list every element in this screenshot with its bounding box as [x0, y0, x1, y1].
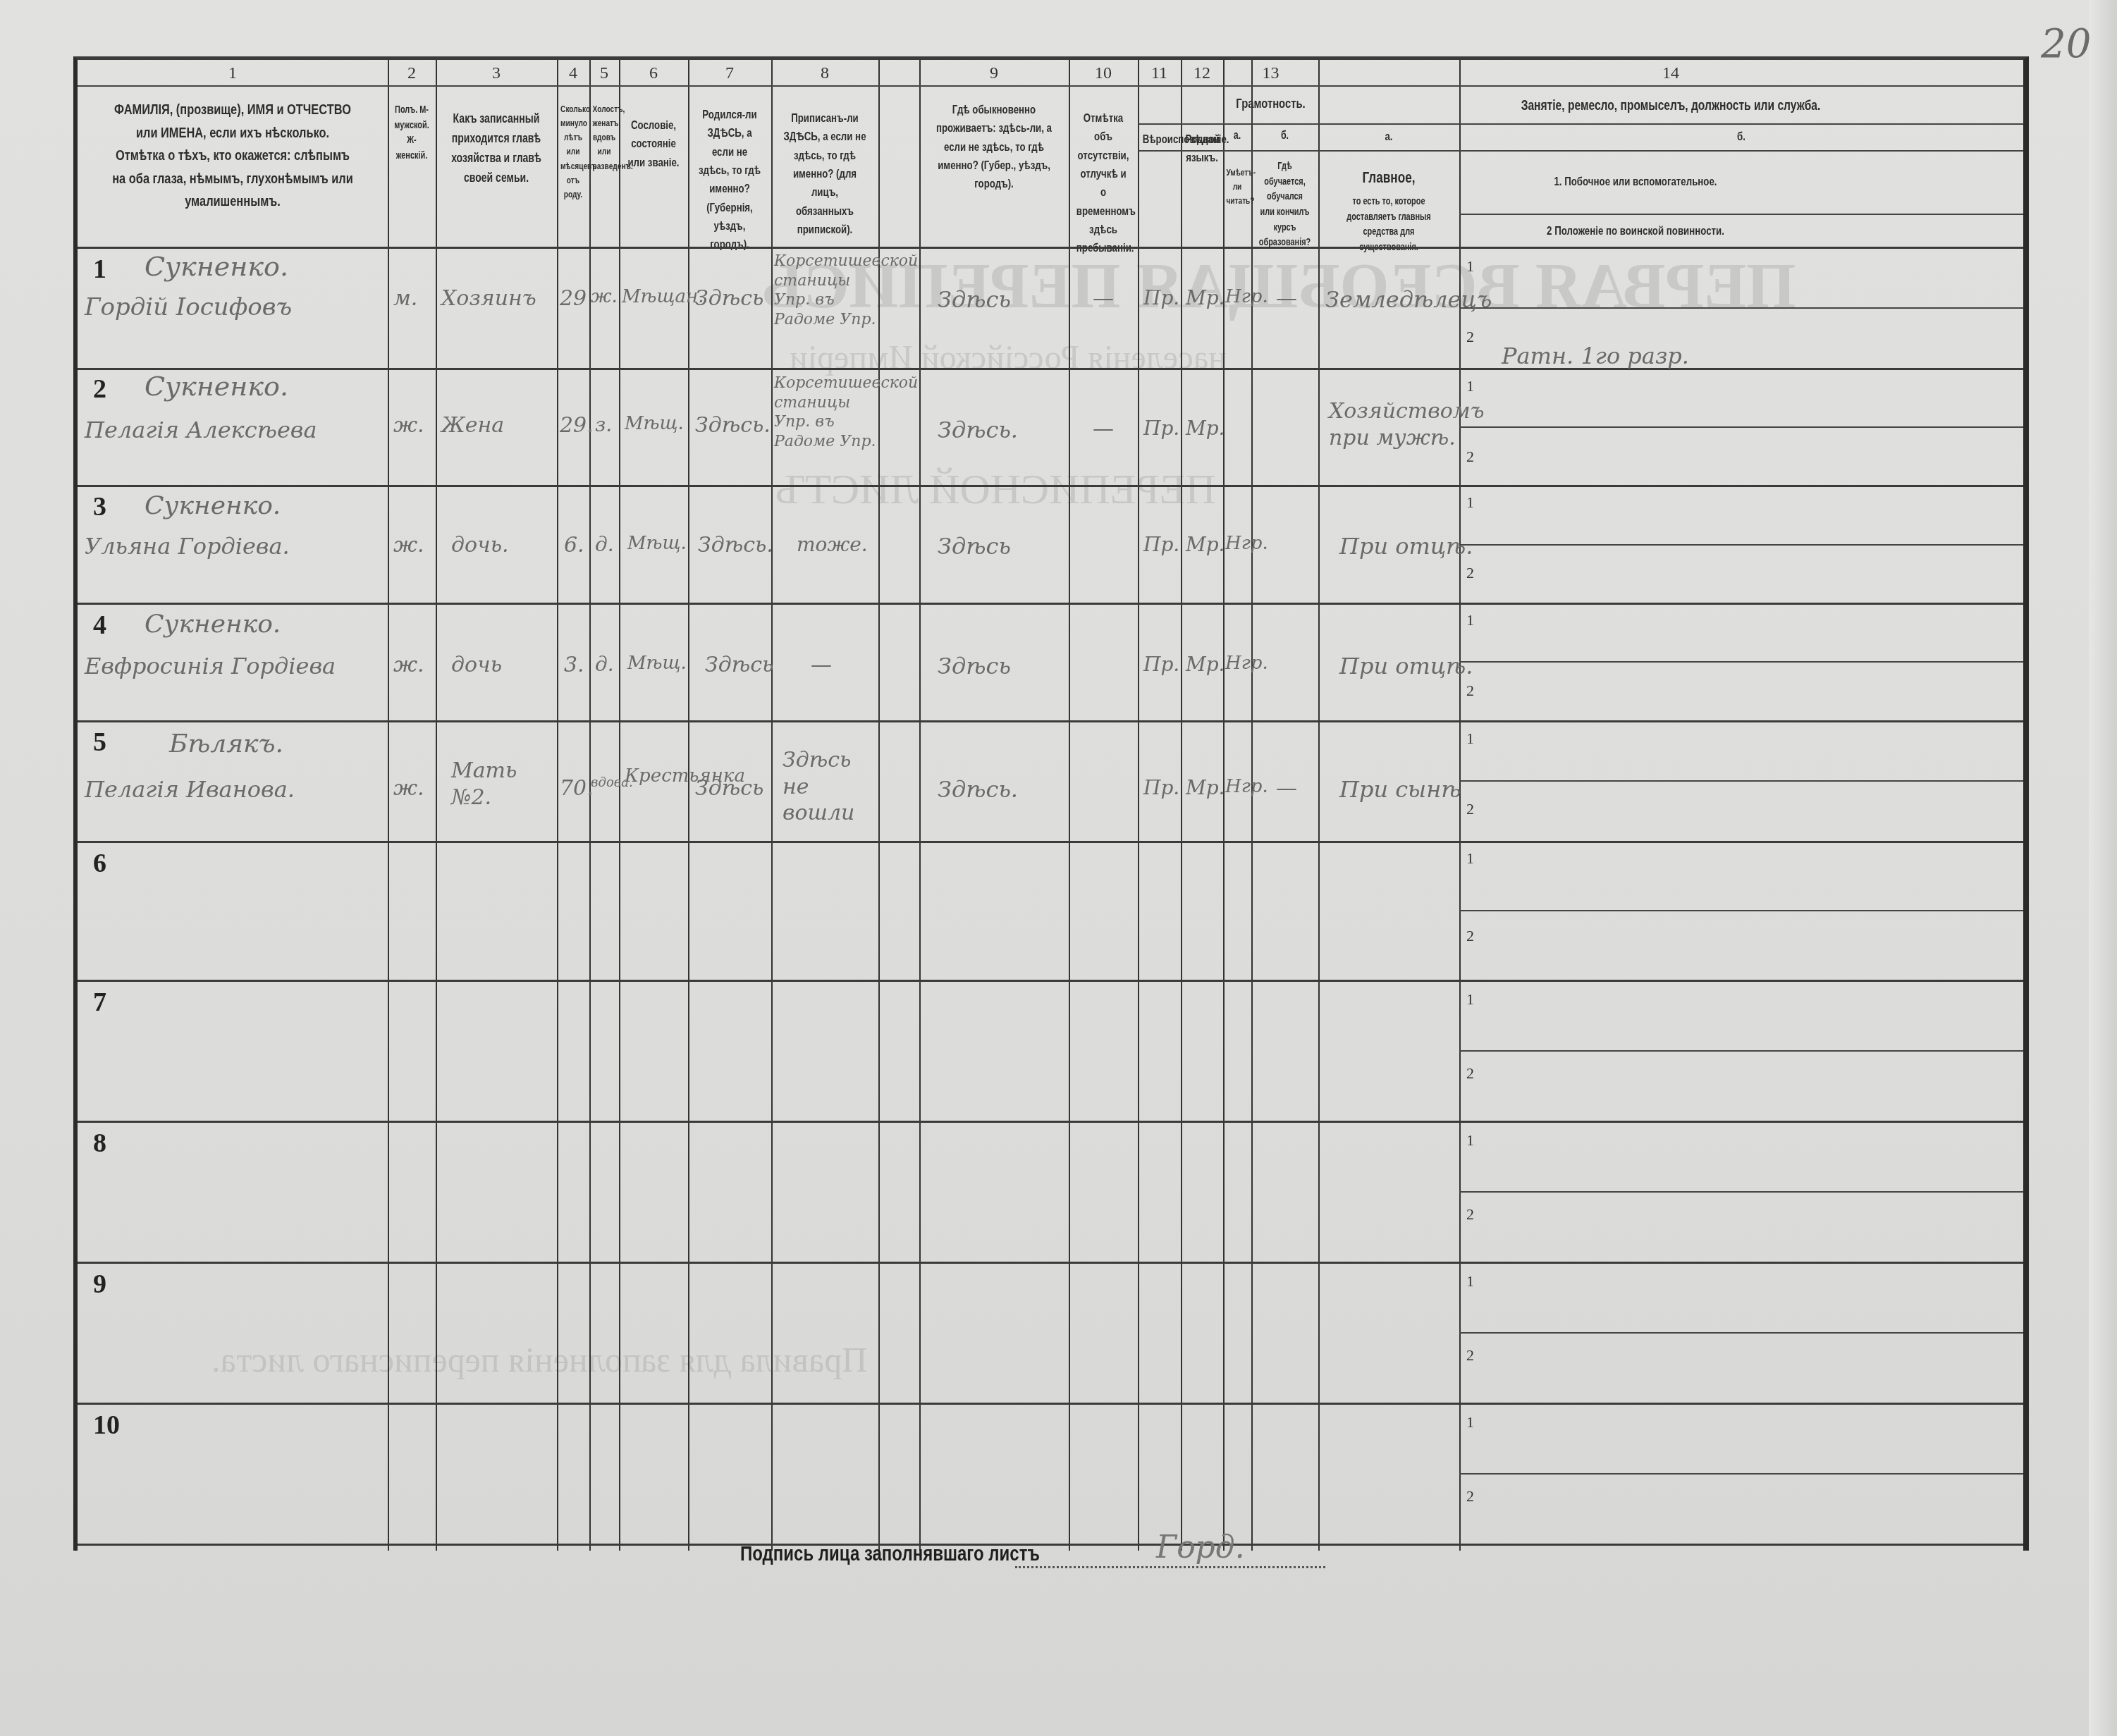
entry-estate: Мѣщан. — [622, 285, 704, 309]
entry-born: Здѣсь — [695, 775, 763, 802]
entry-religion: Пр. — [1143, 775, 1179, 800]
entry-residence: Здѣсь — [938, 285, 1011, 314]
row-divider — [78, 1544, 2023, 1546]
subrow-label: 1 — [1466, 1272, 1474, 1291]
col-divider — [1069, 60, 1070, 1551]
entry-born: Здѣсь — [705, 652, 773, 679]
subrow-label: 2 — [1466, 1487, 1474, 1506]
col-number: 8 — [771, 64, 878, 83]
subrow-label: 2 — [1466, 682, 1474, 700]
entry-name: Евфросинія Гордіева — [85, 652, 381, 680]
entry-occupation-main: Земледѣлецъ — [1325, 285, 1492, 314]
signature: Горд. — [1156, 1529, 1245, 1565]
col-divider — [1459, 60, 1461, 1551]
header-residence: Гдѣ обыкновенно проживаетъ: здѣсь-ли, а … — [935, 101, 1052, 194]
row-number: 3 — [93, 491, 106, 522]
page-number: 20 — [2041, 21, 2091, 67]
subrow-label: 1 — [1466, 257, 1474, 276]
row-number: 9 — [93, 1269, 106, 1300]
subrow-label: 2 — [1466, 927, 1474, 945]
subrow-label: 2 — [1466, 1064, 1474, 1083]
col-number: 10 — [1069, 64, 1138, 83]
subrow-label: 1 — [1466, 730, 1474, 748]
subrow-divider — [1459, 1191, 2023, 1193]
entry-sex: ж. — [393, 775, 424, 802]
row-divider — [78, 841, 2023, 843]
entry-estate: Крестьянка — [625, 765, 687, 788]
subrow-label: 1 — [1466, 611, 1474, 629]
header-literacy-a-label: а. — [1226, 128, 1248, 145]
literacy-subheader-divider — [1139, 123, 1251, 125]
entry-marital: ж. — [591, 285, 618, 309]
col-divider — [1223, 60, 1225, 1551]
row-divider — [78, 368, 2023, 370]
row-number: 6 — [93, 848, 106, 879]
header-education: Гдѣ обучается, обучался или кончилъ курс… — [1258, 159, 1311, 250]
header-occupation-side: 1. Побочное или вспомогательное. — [1498, 173, 1773, 191]
entry-relation: Хозяинъ — [441, 285, 536, 312]
header-absence: Отмѣтка объ отсутствіи, отлучкѣ и о врем… — [1076, 109, 1130, 258]
entry-sex: м. — [393, 285, 417, 312]
paper-edge — [2089, 0, 2117, 1736]
entry-language: Мр. — [1186, 285, 1225, 310]
entry-name: Гордій Іосифовъ — [85, 293, 292, 323]
subrow-label: 1 — [1466, 1131, 1474, 1150]
col-divider — [619, 60, 620, 1551]
row-divider — [78, 247, 2023, 249]
col-number: 1 — [78, 64, 388, 83]
occupation-b-divider — [1459, 214, 2023, 215]
col-divider — [436, 60, 437, 1551]
entry-estate: Мѣщ. — [627, 532, 687, 555]
header-occupation: Занятіе, ремесло, промыселъ, должность и… — [1396, 95, 1946, 117]
row-divider — [78, 485, 2023, 487]
entry-religion: Пр. — [1143, 532, 1179, 557]
subrow-divider — [1459, 426, 2023, 428]
entry-relation: дочь. — [451, 532, 509, 559]
col-divider — [1138, 60, 1139, 1551]
col-number: 6 — [619, 64, 688, 83]
entry-name: Пелагія Алексѣева — [85, 416, 317, 444]
entry-surname: Бѣлякъ. — [169, 728, 283, 760]
entry-surname: Сукненко. — [145, 250, 288, 284]
col-number: 12 — [1181, 64, 1223, 83]
entry-marital: д. — [595, 532, 614, 557]
header-sex: Полъ. М-мужской. Ж-женскій. — [393, 102, 430, 164]
header-literacy-b-label: б. — [1258, 128, 1311, 145]
header-relation: Какъ записанный приходится главѣ хозяйст… — [449, 109, 544, 188]
subrow-divider — [1459, 307, 2023, 309]
entry-literate: Нгр. — [1225, 652, 1268, 675]
entry-age: 70. — [560, 775, 594, 802]
subrow-divider — [1459, 1050, 2023, 1052]
subrow-label: 2 — [1466, 564, 1474, 582]
entry-occupation-main: Хозяйствомъ при мужѣ. — [1329, 398, 1463, 451]
subrow-label: 2 — [1466, 1346, 1474, 1365]
entry-language: Мр. — [1186, 416, 1225, 441]
entry-marital: з. — [595, 412, 612, 437]
col-divider — [878, 60, 880, 1551]
header-can-read: Умѣетъ-ли читать? — [1226, 166, 1248, 208]
subrow-label: 1 — [1466, 493, 1474, 512]
entry-literate: Нгр. — [1225, 775, 1268, 799]
entry-registered: тоже. — [797, 532, 868, 557]
entry-estate: Мѣщ. — [625, 412, 684, 436]
header-age: Сколько минуло лѣтъ или мѣсяцевъ отъ род… — [560, 102, 586, 202]
entry-age: 29 — [560, 285, 587, 312]
entry-name: Ульяна Гордіева. — [85, 532, 290, 560]
row-divider — [78, 980, 2023, 982]
col-divider — [688, 60, 689, 1551]
subrow-divider — [1459, 780, 2023, 782]
census-form-table: 1 2 3 4 5 6 7 8 9 10 11 12 13 14 ФАМИЛІЯ… — [73, 56, 2029, 1551]
header-military: 2 Положеніе по воинской повинности. — [1498, 222, 1773, 240]
entry-religion: Пр. — [1143, 652, 1179, 677]
subrow-label: 1 — [1466, 377, 1474, 395]
subrow-divider — [1459, 661, 2023, 663]
col-number: 9 — [919, 64, 1069, 83]
entry-age: 6. — [564, 532, 584, 559]
entry-registered: Корсетишевской станицы Упр. въ Радоме Уп… — [774, 374, 878, 451]
row-number: 10 — [93, 1410, 120, 1441]
subrow-label: 2 — [1466, 800, 1474, 818]
signature-label: Подпись лица заполнявшаго листъ — [740, 1542, 1040, 1566]
entry-literate: Нгр. — [1225, 532, 1268, 555]
entry-occupation-main: При отцѣ. — [1339, 652, 1473, 680]
entry-language: Мр. — [1186, 652, 1225, 677]
occupation-subheader-divider — [1252, 123, 2023, 125]
entry-education: — — [1276, 775, 1297, 802]
entry-surname: Сукненко. — [145, 490, 281, 522]
row-divider — [78, 1403, 2023, 1405]
col-number: 13 — [1223, 64, 1318, 83]
header-occupation-main: Главное, — [1334, 166, 1444, 190]
col-divider — [1181, 60, 1182, 1551]
entry-literate: Нгр. — [1225, 285, 1268, 309]
entry-marital: д. — [595, 652, 614, 677]
col-divider — [919, 60, 921, 1551]
entry-language: Мр. — [1186, 532, 1225, 557]
row-number: 5 — [93, 727, 106, 758]
entry-occupation-main: При отцѣ. — [1339, 532, 1473, 560]
entry-registered: — — [811, 652, 832, 679]
subrow-divider — [1459, 1332, 2023, 1334]
entry-religion: Пр. — [1143, 416, 1179, 441]
entry-occupation-main: При сынѣ — [1339, 775, 1461, 804]
entry-education: — — [1276, 285, 1297, 312]
subrow-label: 2 — [1466, 448, 1474, 466]
entry-sex: ж. — [393, 532, 424, 559]
entry-residence: Здѣсь — [938, 532, 1011, 560]
row-number: 2 — [93, 374, 106, 405]
header-language: Родной языкъ. — [1186, 130, 1219, 168]
entry-absence: — — [1093, 285, 1114, 312]
col-divider — [589, 60, 591, 1551]
row-divider — [78, 603, 2023, 605]
row-divider — [78, 1121, 2023, 1123]
col-number: 5 — [589, 64, 619, 83]
entry-surname: Сукненко. — [145, 608, 281, 640]
signature-line — [1015, 1566, 1325, 1568]
col-divider — [388, 60, 389, 1551]
subrow-divider — [1459, 544, 2023, 546]
header-occupation-main-desc: то есть то, которое доставляетъ главныя … — [1334, 194, 1444, 255]
entry-sex: ж. — [393, 412, 424, 439]
subrow-divider — [1459, 1473, 2023, 1475]
entry-residence: Здѣсь. — [938, 416, 1018, 444]
entry-born: Здѣсь. — [695, 412, 771, 439]
entry-born: Здѣсь — [695, 285, 763, 312]
col-divider — [771, 60, 773, 1551]
entry-residence: Здѣсь — [938, 652, 1011, 680]
entry-sex: ж. — [393, 652, 424, 679]
col-divider — [557, 60, 558, 1551]
subrow-label: 1 — [1466, 1413, 1474, 1432]
col-number: 11 — [1138, 64, 1181, 83]
entry-age: 29. — [560, 412, 594, 439]
col-number: 14 — [1318, 64, 2023, 83]
header-occupation-a-label: а. — [1334, 128, 1444, 146]
entry-age: 3. — [564, 652, 584, 679]
row-number: 1 — [93, 254, 106, 285]
subrow-label: 2 — [1466, 1205, 1474, 1224]
header-number-divider — [78, 85, 2023, 87]
entry-relation: Мать №2. — [451, 758, 550, 811]
entry-registered: Корсетишевской станицы Упр. въ Радоме Уп… — [774, 252, 878, 329]
col-divider — [1251, 60, 1253, 1551]
header-religion: Вѣроисповѣданіе. — [1143, 130, 1177, 149]
entry-relation: дочь — [451, 652, 502, 679]
subrow-label: 2 — [1466, 328, 1474, 346]
header-marital: Холостъ, женатъ, вдовъ или разведенъ. — [593, 102, 616, 173]
entry-born: Здѣсь. — [698, 532, 773, 559]
entry-surname: Сукненко. — [145, 370, 288, 404]
entry-relation: Жена — [441, 412, 504, 439]
header-born: Родился-ли ЗДѢСЬ, а если не здѣсь, то гд… — [697, 106, 762, 254]
row-divider — [78, 720, 2023, 722]
entry-estate: Мѣщ. — [627, 652, 687, 675]
col-number: 7 — [688, 64, 771, 83]
row-divider — [78, 1262, 2023, 1264]
entry-registered: Здѣсь не вошли — [783, 747, 874, 827]
header-occupation-b-label: б. — [1521, 128, 1961, 146]
entry-absence: — — [1093, 416, 1114, 443]
col-number: 3 — [436, 64, 557, 83]
row-number: 7 — [93, 987, 106, 1018]
entry-language: Мр. — [1186, 775, 1225, 800]
entry-military: Ратн. 1го разр. — [1502, 342, 1689, 370]
subrow-divider — [1459, 910, 2023, 911]
row-number: 4 — [93, 610, 106, 641]
row-number: 8 — [93, 1128, 106, 1159]
entry-religion: Пр. — [1143, 285, 1179, 310]
header-registered: Приписанъ-ли ЗДѢСЬ, а если не здѣсь, то … — [783, 109, 867, 239]
header-literacy: Грамотность. — [1234, 94, 1308, 114]
col-number: 2 — [388, 64, 436, 83]
header-surname-name: ФАМИЛІЯ, (прозвище), ИМЯ и ОТЧЕСТВО или … — [111, 99, 353, 214]
entry-residence: Здѣсь. — [938, 775, 1018, 804]
subrow-label: 1 — [1466, 849, 1474, 868]
occupation-subheader-divider — [1252, 150, 2023, 152]
col-divider — [1318, 60, 1320, 1551]
subrow-label: 1 — [1466, 990, 1474, 1009]
col-number: 4 — [557, 64, 589, 83]
entry-name: Пелагія Иванова. — [85, 775, 295, 804]
header-estate: Сословіе, состояніе или званіе. — [627, 116, 680, 172]
